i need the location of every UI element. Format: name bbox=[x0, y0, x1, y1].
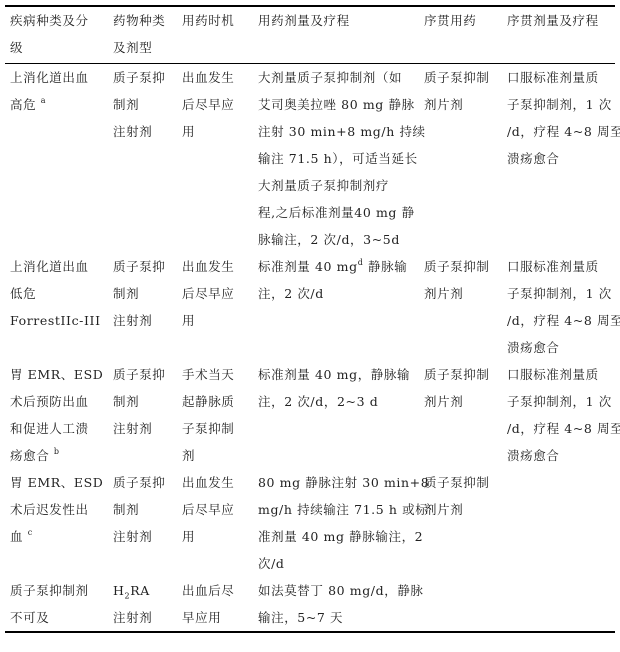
cell-drug: 质子泵抑 制剂 注射剂 bbox=[108, 64, 177, 254]
cell-timing: 出血发生 后尽早应 用 bbox=[177, 253, 253, 361]
cell-text: 制剂 bbox=[113, 388, 173, 415]
cell-text: 剂片剂 bbox=[424, 91, 498, 118]
cell-text: 质子泵抑制 bbox=[424, 469, 498, 496]
cell-text: 质子泵抑制剂 bbox=[10, 577, 104, 604]
cell-text: 标准剂量 40 mg bbox=[258, 259, 358, 274]
cell-text: 溃疡愈合 bbox=[507, 442, 611, 469]
cell-text: 高危 bbox=[10, 97, 36, 112]
cell-text: 静脉输 bbox=[363, 259, 407, 274]
header-text: 疾病种类及分 bbox=[10, 7, 104, 34]
cell-dose: 如法莫替丁 80 mg/d，静脉 输注，5~7 天 bbox=[253, 577, 419, 632]
cell-drug: H2RA 注射剂 bbox=[108, 577, 177, 632]
cell-seq-dose bbox=[502, 469, 615, 577]
header-text: 序贯剂量及疗程 bbox=[507, 7, 611, 34]
cell-text: 上消化道出血 bbox=[10, 253, 104, 280]
cell-text: 次/d bbox=[258, 550, 415, 577]
cell-text: 出血发生 bbox=[182, 469, 249, 496]
cell-text: 注射 30 min+8 mg/h 持续 bbox=[258, 118, 415, 145]
cell-disease: 胃 EMR、ESD 术后迟发性出 血 c bbox=[5, 469, 108, 577]
cell-text: 剂 bbox=[182, 442, 249, 469]
cell-text: 早应用 bbox=[182, 604, 249, 631]
cell-text: 子泵抑制剂，1 次 bbox=[507, 280, 611, 307]
cell-text: 出血发生 bbox=[182, 64, 249, 91]
header-text: 药物种类 bbox=[113, 7, 173, 34]
cell-text: 质子泵抑 bbox=[113, 469, 173, 496]
cell-text: 注，2 次/d，2~3 d bbox=[258, 388, 415, 415]
cell-text: 注，2 次/d bbox=[258, 280, 415, 307]
cell-text: 用 bbox=[182, 118, 249, 145]
cell-seq-dose: 口服标准剂量质 子泵抑制剂，1 次 /d，疗程 4~8 周至 溃疡愈合 bbox=[502, 64, 615, 254]
cell-dose: 标准剂量 40 mg，静脉输 注，2 次/d，2~3 d bbox=[253, 361, 419, 469]
cell-text: 注射剂 bbox=[113, 307, 173, 334]
cell-text: 制剂 bbox=[113, 496, 173, 523]
cell-text: 子泵抑制剂，1 次 bbox=[507, 91, 611, 118]
cell-text: 注射剂 bbox=[113, 604, 173, 631]
cell-dose: 大剂量质子泵抑制剂（如 艾司奥美拉唑 80 mg 静脉 注射 30 min+8 … bbox=[253, 64, 419, 254]
cell-text: 溃疡愈合 bbox=[507, 334, 611, 361]
cell-dose: 80 mg 静脉注射 30 min+8 mg/h 持续输注 71.5 h 或标 … bbox=[253, 469, 419, 577]
cell-text: 胃 EMR、ESD bbox=[10, 361, 104, 388]
cell-text: ForrestIIc-III bbox=[10, 307, 104, 334]
cell-text: 手术当天 bbox=[182, 361, 249, 388]
cell-text: 疡愈合 bbox=[10, 448, 49, 463]
cell-seq-dose bbox=[502, 577, 615, 632]
cell-text: 程,之后标准剂量40 mg 静 bbox=[258, 199, 415, 226]
cell-timing: 手术当天 起静脉质 子泵抑制 剂 bbox=[177, 361, 253, 469]
cell-timing: 出血后尽 早应用 bbox=[177, 577, 253, 632]
cell-text: 出血后尽 bbox=[182, 577, 249, 604]
cell-seq-drug: 质子泵抑制 剂片剂 bbox=[419, 469, 502, 577]
cell-text: 输注，5~7 天 bbox=[258, 604, 415, 631]
cell-text: 用 bbox=[182, 523, 249, 550]
cell-text: 质子泵抑 bbox=[113, 64, 173, 91]
cell-text: 胃 EMR、ESD bbox=[10, 469, 104, 496]
cell-text: 质子泵抑制 bbox=[424, 64, 498, 91]
cell-text: 术后预防出血 bbox=[10, 388, 104, 415]
cell-text: 注射剂 bbox=[113, 415, 173, 442]
cell-text: 和促进人工溃 bbox=[10, 415, 104, 442]
cell-text: 注射剂 bbox=[113, 118, 173, 145]
cell-text: 艾司奥美拉唑 80 mg 静脉 bbox=[258, 91, 415, 118]
header-disease: 疾病种类及分级 bbox=[5, 6, 108, 64]
header-timing: 用药时机 bbox=[177, 6, 253, 64]
cell-disease: 质子泵抑制剂 不可及 bbox=[5, 577, 108, 632]
cell-text: /d，疗程 4~8 周至 bbox=[507, 307, 611, 334]
cell-text: 大剂量质子泵抑制剂疗 bbox=[258, 172, 415, 199]
cell-text: 质子泵抑 bbox=[113, 253, 173, 280]
cell-timing: 出血发生 后尽早应 用 bbox=[177, 469, 253, 577]
cell-text: 口服标准剂量质 bbox=[507, 253, 611, 280]
cell-text: 血 c bbox=[10, 523, 104, 550]
header-text: 级 bbox=[10, 34, 104, 61]
cell-seq-dose: 口服标准剂量质 子泵抑制剂，1 次 /d，疗程 4~8 周至 溃疡愈合 bbox=[502, 253, 615, 361]
cell-text: /d，疗程 4~8 周至 bbox=[507, 415, 611, 442]
cell-text: H bbox=[113, 583, 125, 598]
cell-text: 口服标准剂量质 bbox=[507, 361, 611, 388]
table-row: 胃 EMR、ESD 术后迟发性出 血 c 质子泵抑 制剂 注射剂 出血发生 后尽… bbox=[5, 469, 615, 577]
header-seq-dose: 序贯剂量及疗程 bbox=[502, 6, 615, 64]
cell-text: H2RA bbox=[113, 577, 173, 604]
table-row: 质子泵抑制剂 不可及 H2RA 注射剂 出血后尽 早应用 如法莫替丁 80 mg… bbox=[5, 577, 615, 632]
cell-text: 输注 71.5 h），可适当延长 bbox=[258, 145, 415, 172]
cell-text: 标准剂量 40 mgd 静脉输 bbox=[258, 253, 415, 280]
cell-text: 剂片剂 bbox=[424, 280, 498, 307]
cell-text: 后尽早应 bbox=[182, 91, 249, 118]
cell-text: 血 bbox=[10, 529, 23, 544]
cell-text: 高危 a bbox=[10, 91, 104, 118]
header-seq-drug: 序贯用药 bbox=[419, 6, 502, 64]
table-row: 上消化道出血 低危 ForrestIIc-III 质子泵抑 制剂 注射剂 出血发… bbox=[5, 253, 615, 361]
cell-text: 起静脉质 bbox=[182, 388, 249, 415]
table-row: 上消化道出血 高危 a 质子泵抑 制剂 注射剂 出血发生 后尽早应 用 大剂量质… bbox=[5, 64, 615, 254]
table-header-row: 疾病种类及分级 药物种类及剂型 用药时机 用药剂量及疗程 序贯用药 序贯剂量及疗… bbox=[5, 6, 615, 64]
cell-text: 不可及 bbox=[10, 604, 104, 631]
cell-text: 出血发生 bbox=[182, 253, 249, 280]
header-text: 序贯用药 bbox=[424, 7, 498, 34]
cell-text: 后尽早应 bbox=[182, 496, 249, 523]
cell-text: 子泵抑制剂，1 次 bbox=[507, 388, 611, 415]
cell-seq-drug: 质子泵抑制 剂片剂 bbox=[419, 253, 502, 361]
cell-seq-drug: 质子泵抑制 剂片剂 bbox=[419, 361, 502, 469]
table-row: 胃 EMR、ESD 术后预防出血 和促进人工溃 疡愈合 b 质子泵抑 制剂 注射… bbox=[5, 361, 615, 469]
cell-disease: 胃 EMR、ESD 术后预防出血 和促进人工溃 疡愈合 b bbox=[5, 361, 108, 469]
treatment-table: 疾病种类及分级 药物种类及剂型 用药时机 用药剂量及疗程 序贯用药 序贯剂量及疗… bbox=[5, 5, 615, 633]
cell-seq-drug: 质子泵抑制 剂片剂 bbox=[419, 64, 502, 254]
cell-text: 制剂 bbox=[113, 91, 173, 118]
cell-text: 脉输注，2 次/d，3~5d bbox=[258, 226, 415, 253]
cell-text: /d，疗程 4~8 周至 bbox=[507, 118, 611, 145]
cell-text: 低危 bbox=[10, 280, 104, 307]
cell-text: 用 bbox=[182, 307, 249, 334]
cell-disease: 上消化道出血 高危 a bbox=[5, 64, 108, 254]
cell-dose: 标准剂量 40 mgd 静脉输 注，2 次/d bbox=[253, 253, 419, 361]
cell-text: 上消化道出血 bbox=[10, 64, 104, 91]
cell-text: mg/h 持续输注 71.5 h 或标 bbox=[258, 496, 415, 523]
cell-text: 术后迟发性出 bbox=[10, 496, 104, 523]
footnote-marker: b bbox=[54, 447, 60, 456]
cell-text: 疡愈合 b bbox=[10, 442, 104, 469]
cell-text: 后尽早应 bbox=[182, 280, 249, 307]
cell-text: 注射剂 bbox=[113, 523, 173, 550]
cell-drug: 质子泵抑 制剂 注射剂 bbox=[108, 253, 177, 361]
cell-text: 剂片剂 bbox=[424, 496, 498, 523]
footnote-marker: c bbox=[28, 528, 33, 537]
header-text: 及剂型 bbox=[113, 34, 173, 61]
cell-text: 剂片剂 bbox=[424, 388, 498, 415]
header-text: 用药时机 bbox=[182, 7, 249, 34]
header-dose: 用药剂量及疗程 bbox=[253, 6, 419, 64]
cell-text: 质子泵抑制 bbox=[424, 253, 498, 280]
cell-text: 子泵抑制 bbox=[182, 415, 249, 442]
cell-seq-drug bbox=[419, 577, 502, 632]
cell-text: 准剂量 40 mg 静脉输注，2 bbox=[258, 523, 415, 550]
cell-disease: 上消化道出血 低危 ForrestIIc-III bbox=[5, 253, 108, 361]
cell-text: RA bbox=[130, 583, 150, 598]
cell-text: 如法莫替丁 80 mg/d，静脉 bbox=[258, 577, 415, 604]
cell-drug: 质子泵抑 制剂 注射剂 bbox=[108, 469, 177, 577]
cell-drug: 质子泵抑 制剂 注射剂 bbox=[108, 361, 177, 469]
cell-text: 大剂量质子泵抑制剂（如 bbox=[258, 64, 415, 91]
cell-text: 质子泵抑制 bbox=[424, 361, 498, 388]
cell-text: 制剂 bbox=[113, 280, 173, 307]
cell-text: 溃疡愈合 bbox=[507, 145, 611, 172]
footnote-marker: a bbox=[41, 96, 46, 105]
cell-text: 80 mg 静脉注射 30 min+8 bbox=[258, 469, 415, 496]
cell-seq-dose: 口服标准剂量质 子泵抑制剂，1 次 /d，疗程 4~8 周至 溃疡愈合 bbox=[502, 361, 615, 469]
cell-text: 标准剂量 40 mg，静脉输 bbox=[258, 361, 415, 388]
cell-text: 质子泵抑 bbox=[113, 361, 173, 388]
cell-text: 口服标准剂量质 bbox=[507, 64, 611, 91]
cell-timing: 出血发生 后尽早应 用 bbox=[177, 64, 253, 254]
header-drug: 药物种类及剂型 bbox=[108, 6, 177, 64]
header-text: 用药剂量及疗程 bbox=[258, 7, 415, 34]
